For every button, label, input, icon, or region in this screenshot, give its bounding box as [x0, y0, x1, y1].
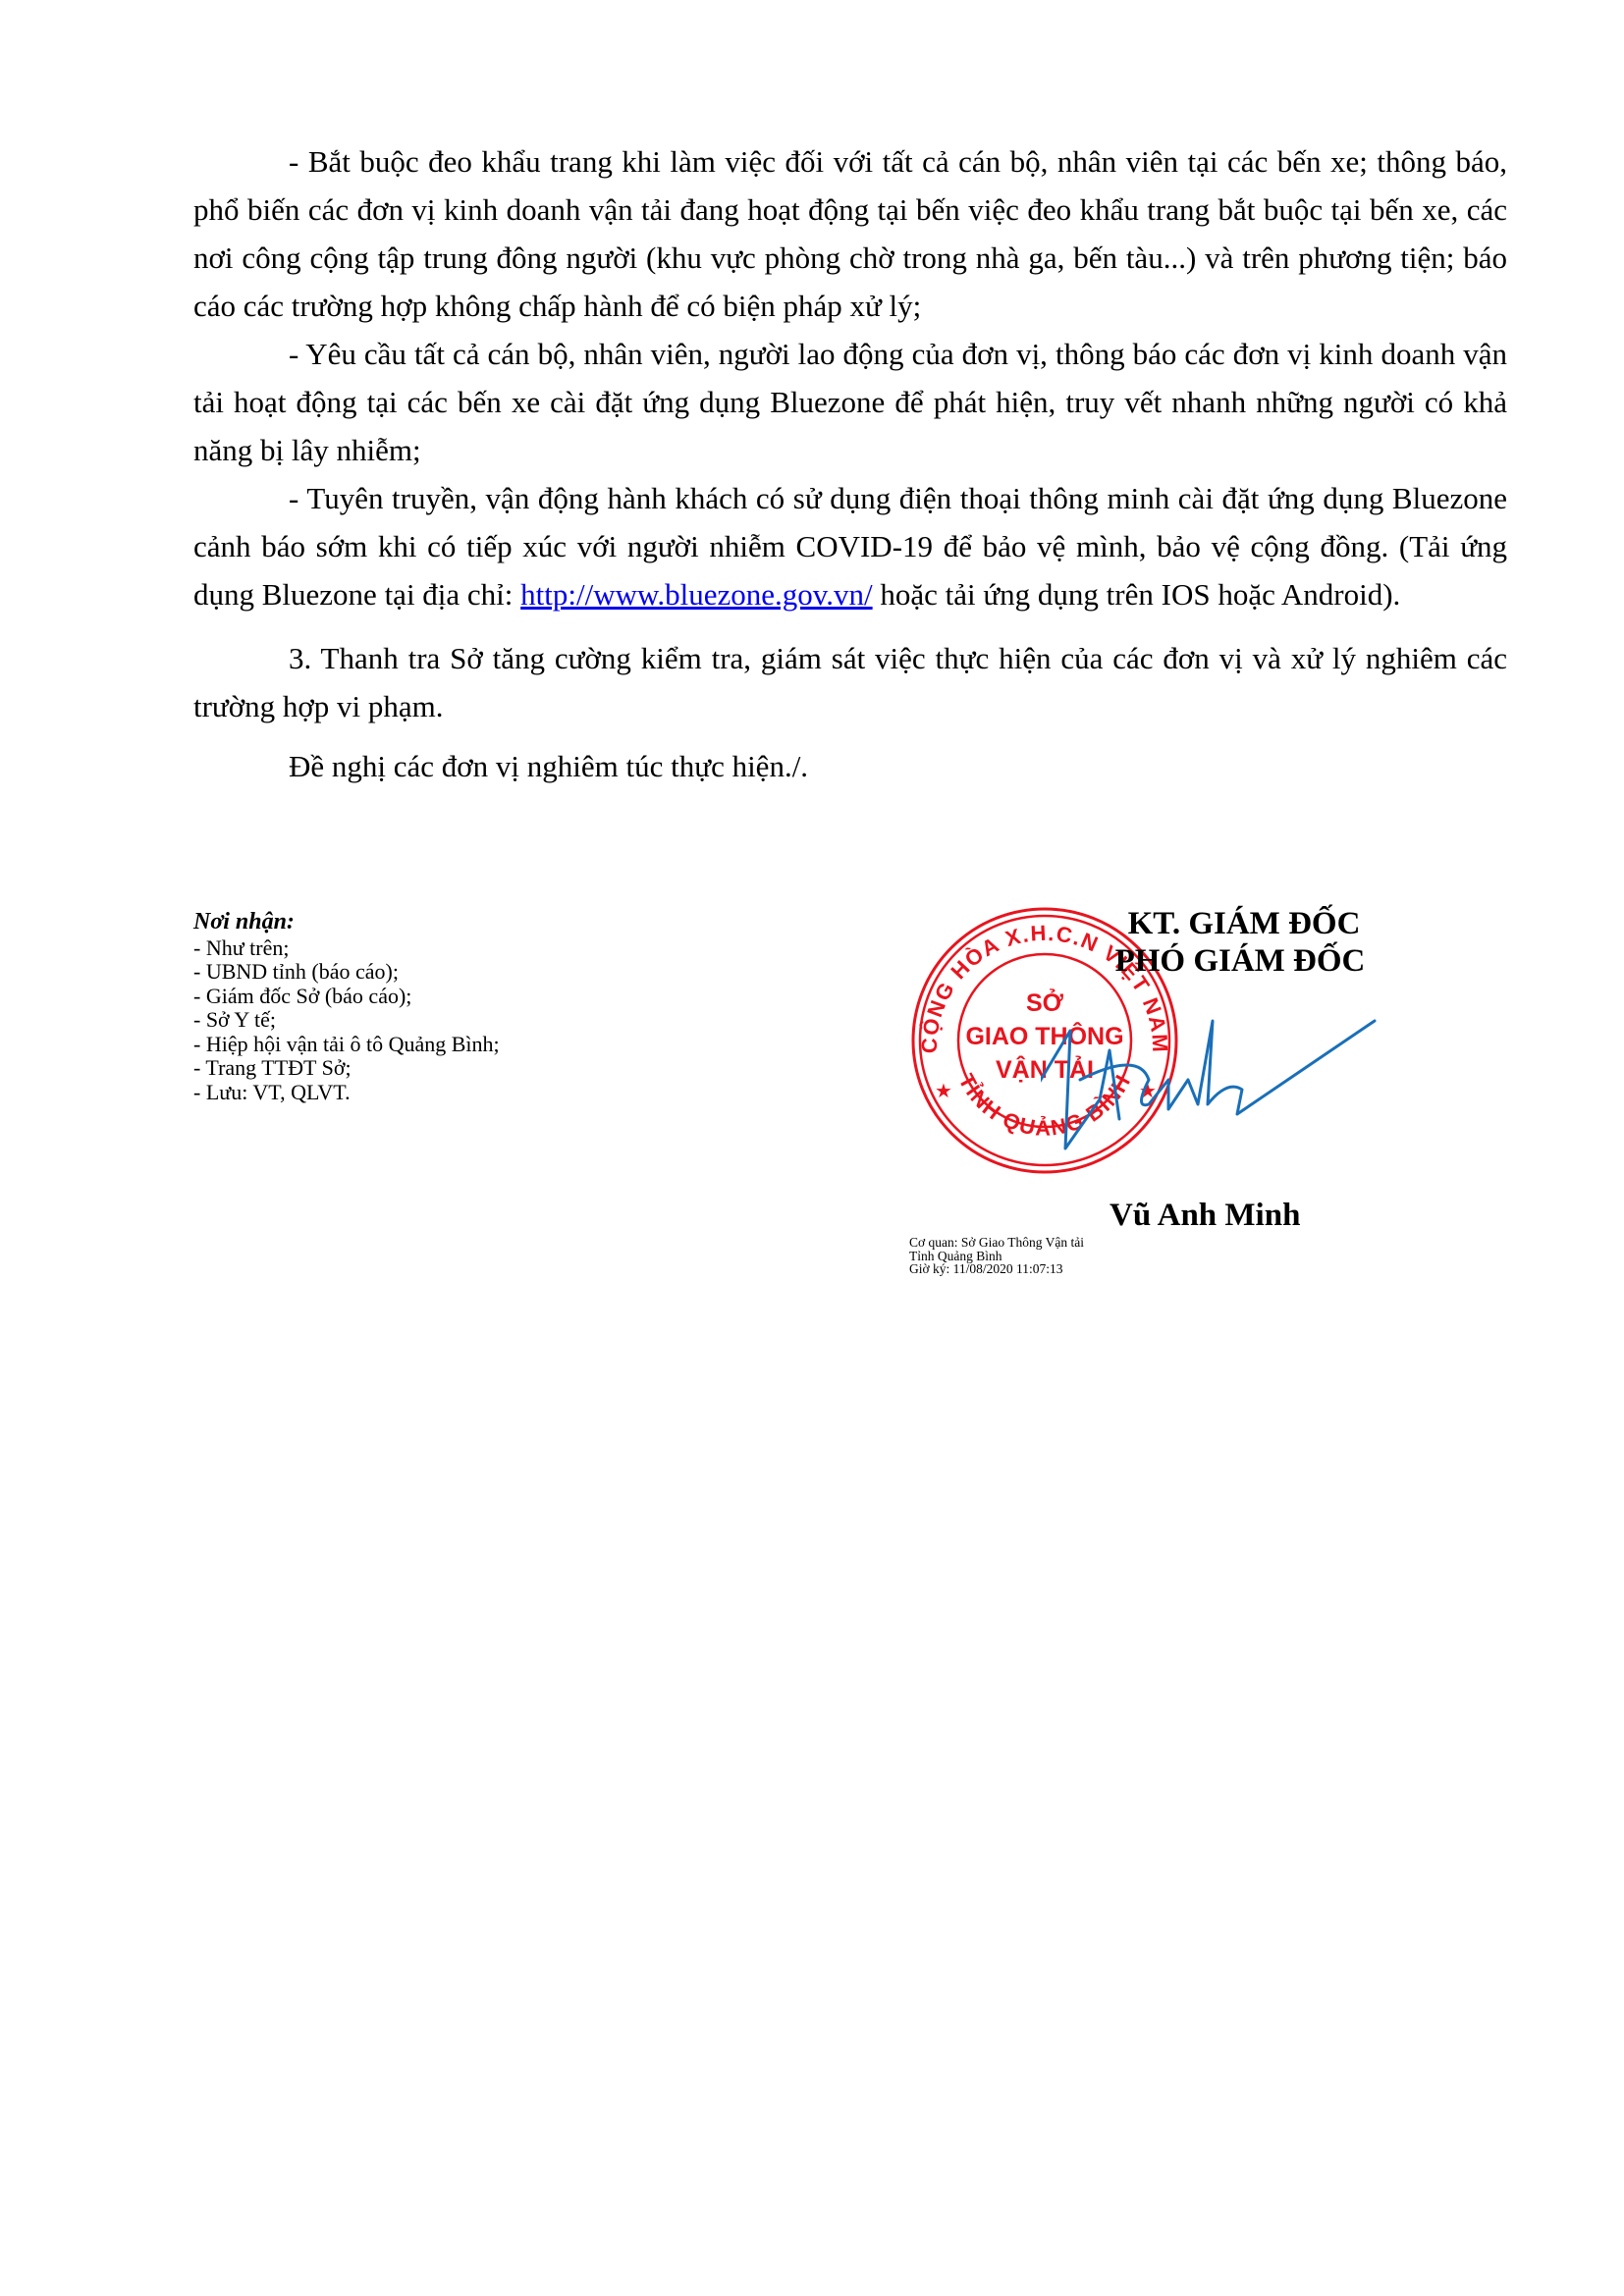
signature-province: Tỉnh Quảng Bình [909, 1250, 1084, 1263]
recipient-item: - Giám đốc Sở (báo cáo); [193, 985, 500, 1009]
signature-agency: Cơ quan: Sở Giao Thông Vận tải [909, 1236, 1084, 1250]
svg-text:★: ★ [935, 1081, 952, 1102]
recipients-block: Nơi nhận: - Như trên; - UBND tỉnh (báo c… [193, 910, 500, 1104]
recipient-item: - Sở Y tế; [193, 1008, 500, 1033]
paragraph-closing: Đề nghị các đơn vị nghiêm túc thực hiện.… [193, 742, 1507, 790]
bluezone-text-after: hoặc tải ứng dụng trên IOS hoặc Android)… [873, 577, 1401, 612]
signature-title-deputy: PHÓ GIÁM ĐỐC [1029, 943, 1451, 979]
signer-name: Vũ Anh Minh [1110, 1198, 1300, 1234]
recipients-title: Nơi nhận: [193, 910, 500, 934]
paragraph-bluezone-passengers: - Tuyên truyền, vận động hành khách có s… [193, 474, 1507, 618]
document-body: - Bắt buộc đeo khẩu trang khi làm việc đ… [193, 137, 1507, 790]
signature-time: Giờ ký: 11/08/2020 11:07:13 [909, 1262, 1084, 1276]
bluezone-link[interactable]: http://www.bluezone.gov.vn/ [520, 577, 872, 612]
handwritten-signature-icon [1041, 1011, 1394, 1168]
paragraph-mask-requirement: - Bắt buộc đeo khẩu trang khi làm việc đ… [193, 137, 1507, 330]
recipient-item: - UBND tỉnh (báo cáo); [193, 960, 500, 985]
paragraph-item-3: 3. Thanh tra Sở tăng cường kiểm tra, giá… [193, 634, 1507, 730]
recipients-list: - Như trên; - UBND tỉnh (báo cáo); - Giá… [193, 936, 500, 1105]
recipient-item: - Như trên; [193, 936, 500, 961]
recipient-item: - Trang TTĐT Sở; [193, 1056, 500, 1081]
recipient-item: - Hiệp hội vận tải ô tô Quảng Bình; [193, 1033, 500, 1057]
recipient-item: - Lưu: VT, QLVT. [193, 1081, 500, 1105]
digital-signature-info: Cơ quan: Sở Giao Thông Vận tải Tỉnh Quản… [909, 1236, 1084, 1276]
signature-title-kt: KT. GIÁM ĐỐC [1033, 906, 1455, 941]
paragraph-bluezone-staff: - Yêu cầu tất cả cán bộ, nhân viên, ngườ… [193, 330, 1507, 474]
